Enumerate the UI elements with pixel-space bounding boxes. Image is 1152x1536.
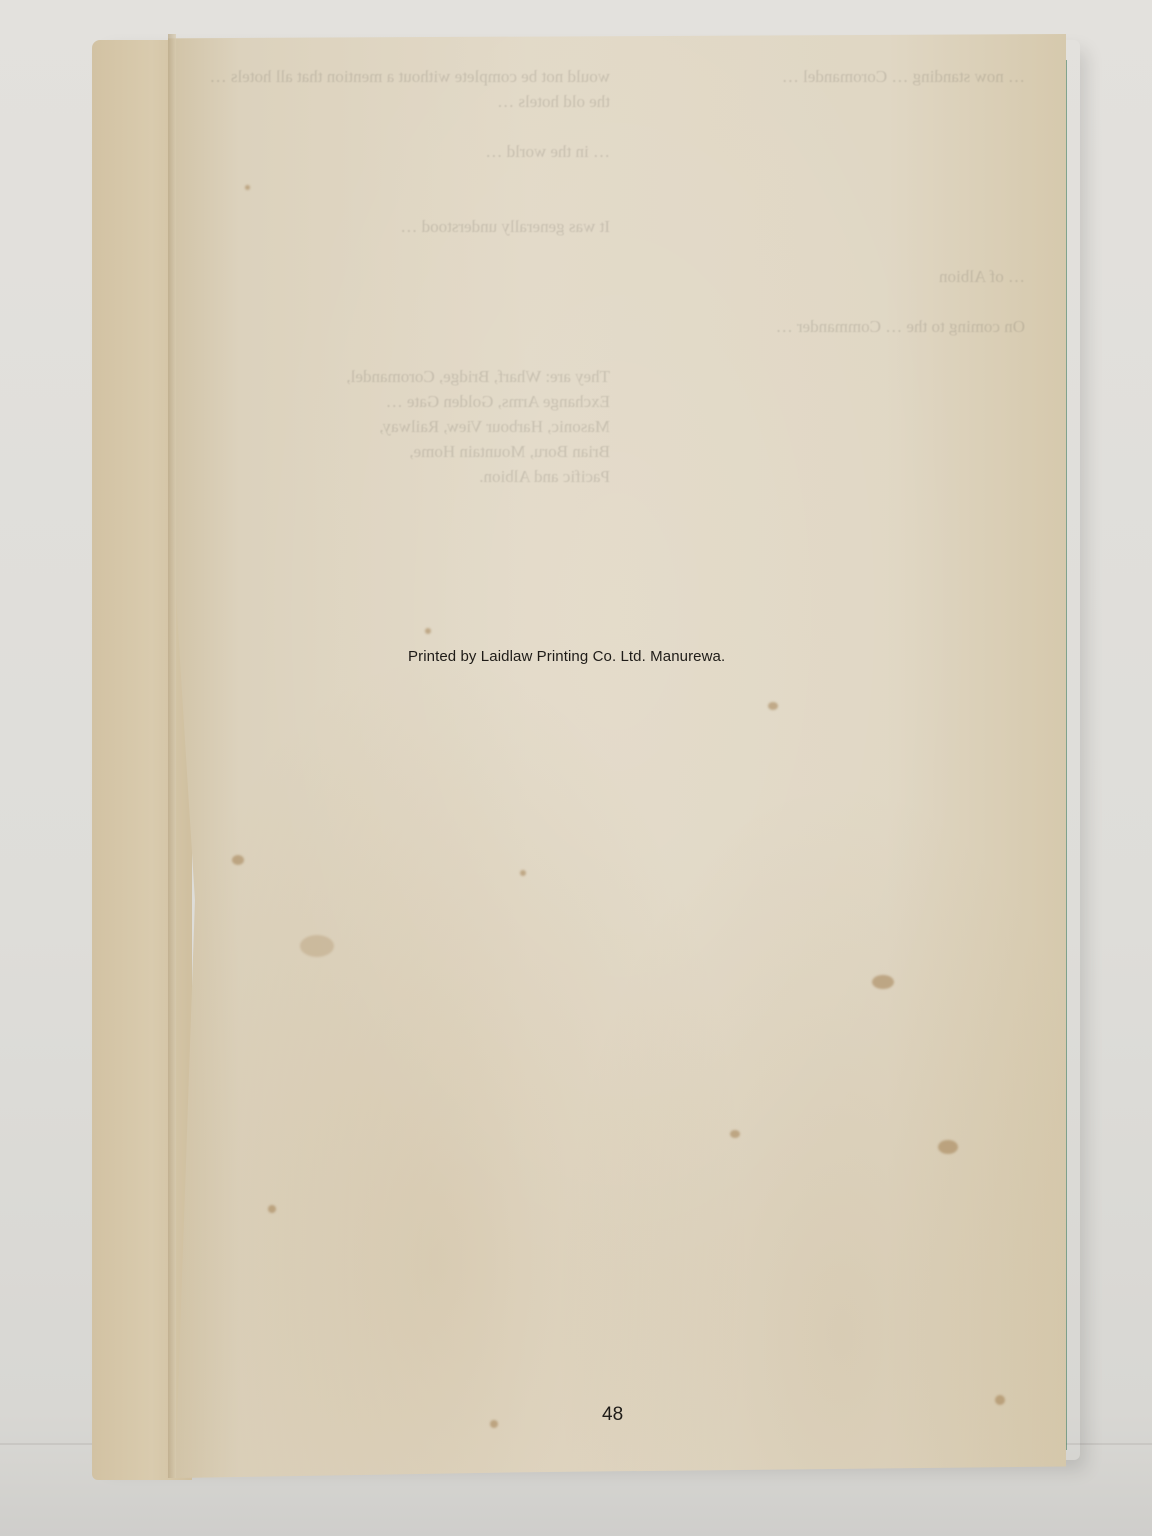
foxing-stain bbox=[768, 702, 778, 710]
foxing-stain bbox=[995, 1395, 1005, 1405]
bleed-through-text-left-column: … now standing … Coromandel … … of Albio… bbox=[630, 64, 1025, 339]
foxing-stain bbox=[268, 1205, 276, 1213]
foxing-stain bbox=[232, 855, 244, 865]
foxing-stain bbox=[730, 1130, 740, 1138]
foxing-stain bbox=[300, 935, 334, 957]
foxing-stain bbox=[245, 185, 250, 190]
foxing-stain bbox=[490, 1420, 498, 1428]
page-number: 48 bbox=[602, 1404, 623, 1426]
foxing-stain bbox=[938, 1140, 958, 1154]
foxing-stain bbox=[425, 628, 431, 634]
foxing-stain bbox=[520, 870, 526, 876]
bleed-through-text-right-column: would not be complete without a mention … bbox=[200, 64, 610, 489]
page-fold-edge bbox=[168, 34, 176, 1478]
printer-imprint: Printed by Laidlaw Printing Co. Ltd. Man… bbox=[408, 648, 848, 665]
foxing-stain bbox=[872, 975, 894, 989]
